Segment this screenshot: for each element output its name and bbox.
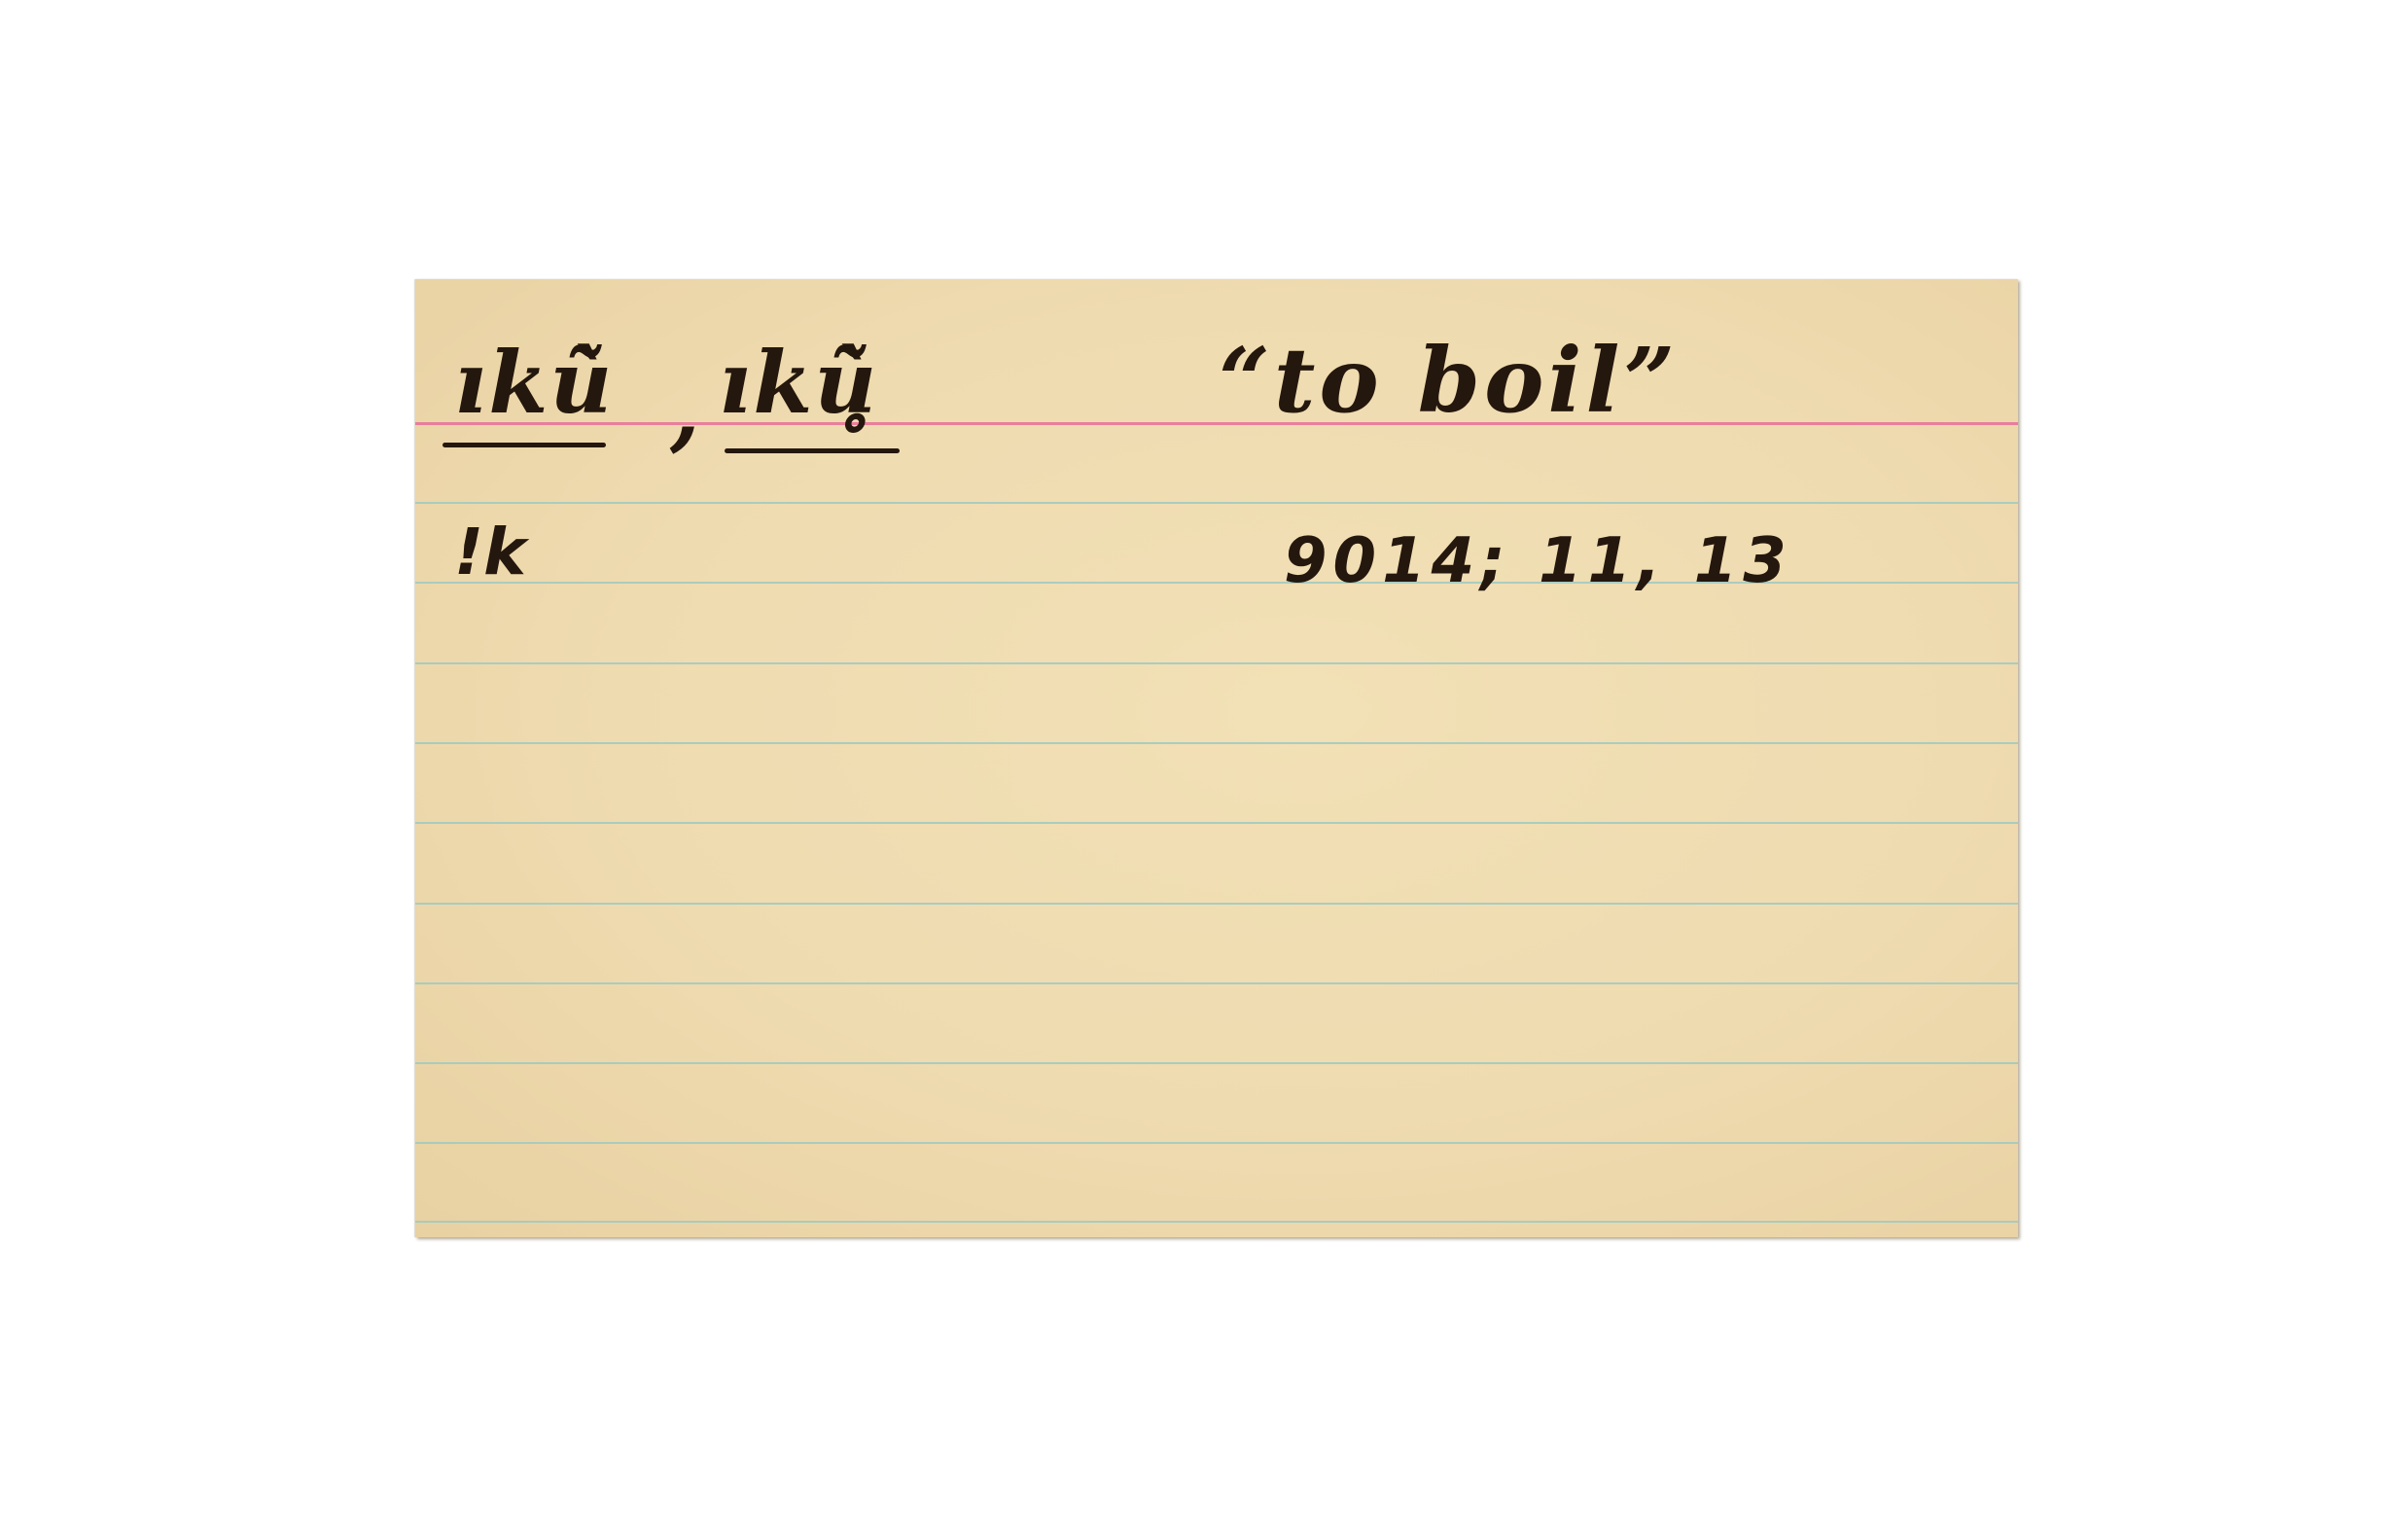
ruled-line	[415, 1221, 2018, 1223]
headword-1-underline	[443, 443, 606, 447]
gloss-text: “to boil”	[1219, 336, 1679, 425]
ruled-line	[415, 822, 2018, 824]
ruled-line	[415, 1062, 2018, 1064]
ruled-line	[415, 502, 2018, 504]
source-reference: 9014; 11, 13	[1284, 530, 1792, 592]
ruled-line	[415, 1142, 2018, 1144]
header-rule	[415, 422, 2018, 425]
headword-separator: ,	[670, 367, 700, 452]
headword-2-underline	[725, 448, 900, 453]
headword-2: ıkũ̥̀	[719, 339, 878, 425]
ruled-line	[415, 662, 2018, 664]
ruled-line	[415, 742, 2018, 744]
headword-1: ıkũ̀	[454, 339, 614, 425]
index-card: ıkũ̀ , ıkũ̥̀ “to boil” !k 9014; 11, 13	[415, 279, 2018, 1237]
ruled-line	[415, 903, 2018, 905]
class-mark: !k	[454, 520, 526, 585]
ruled-line	[415, 982, 2018, 984]
